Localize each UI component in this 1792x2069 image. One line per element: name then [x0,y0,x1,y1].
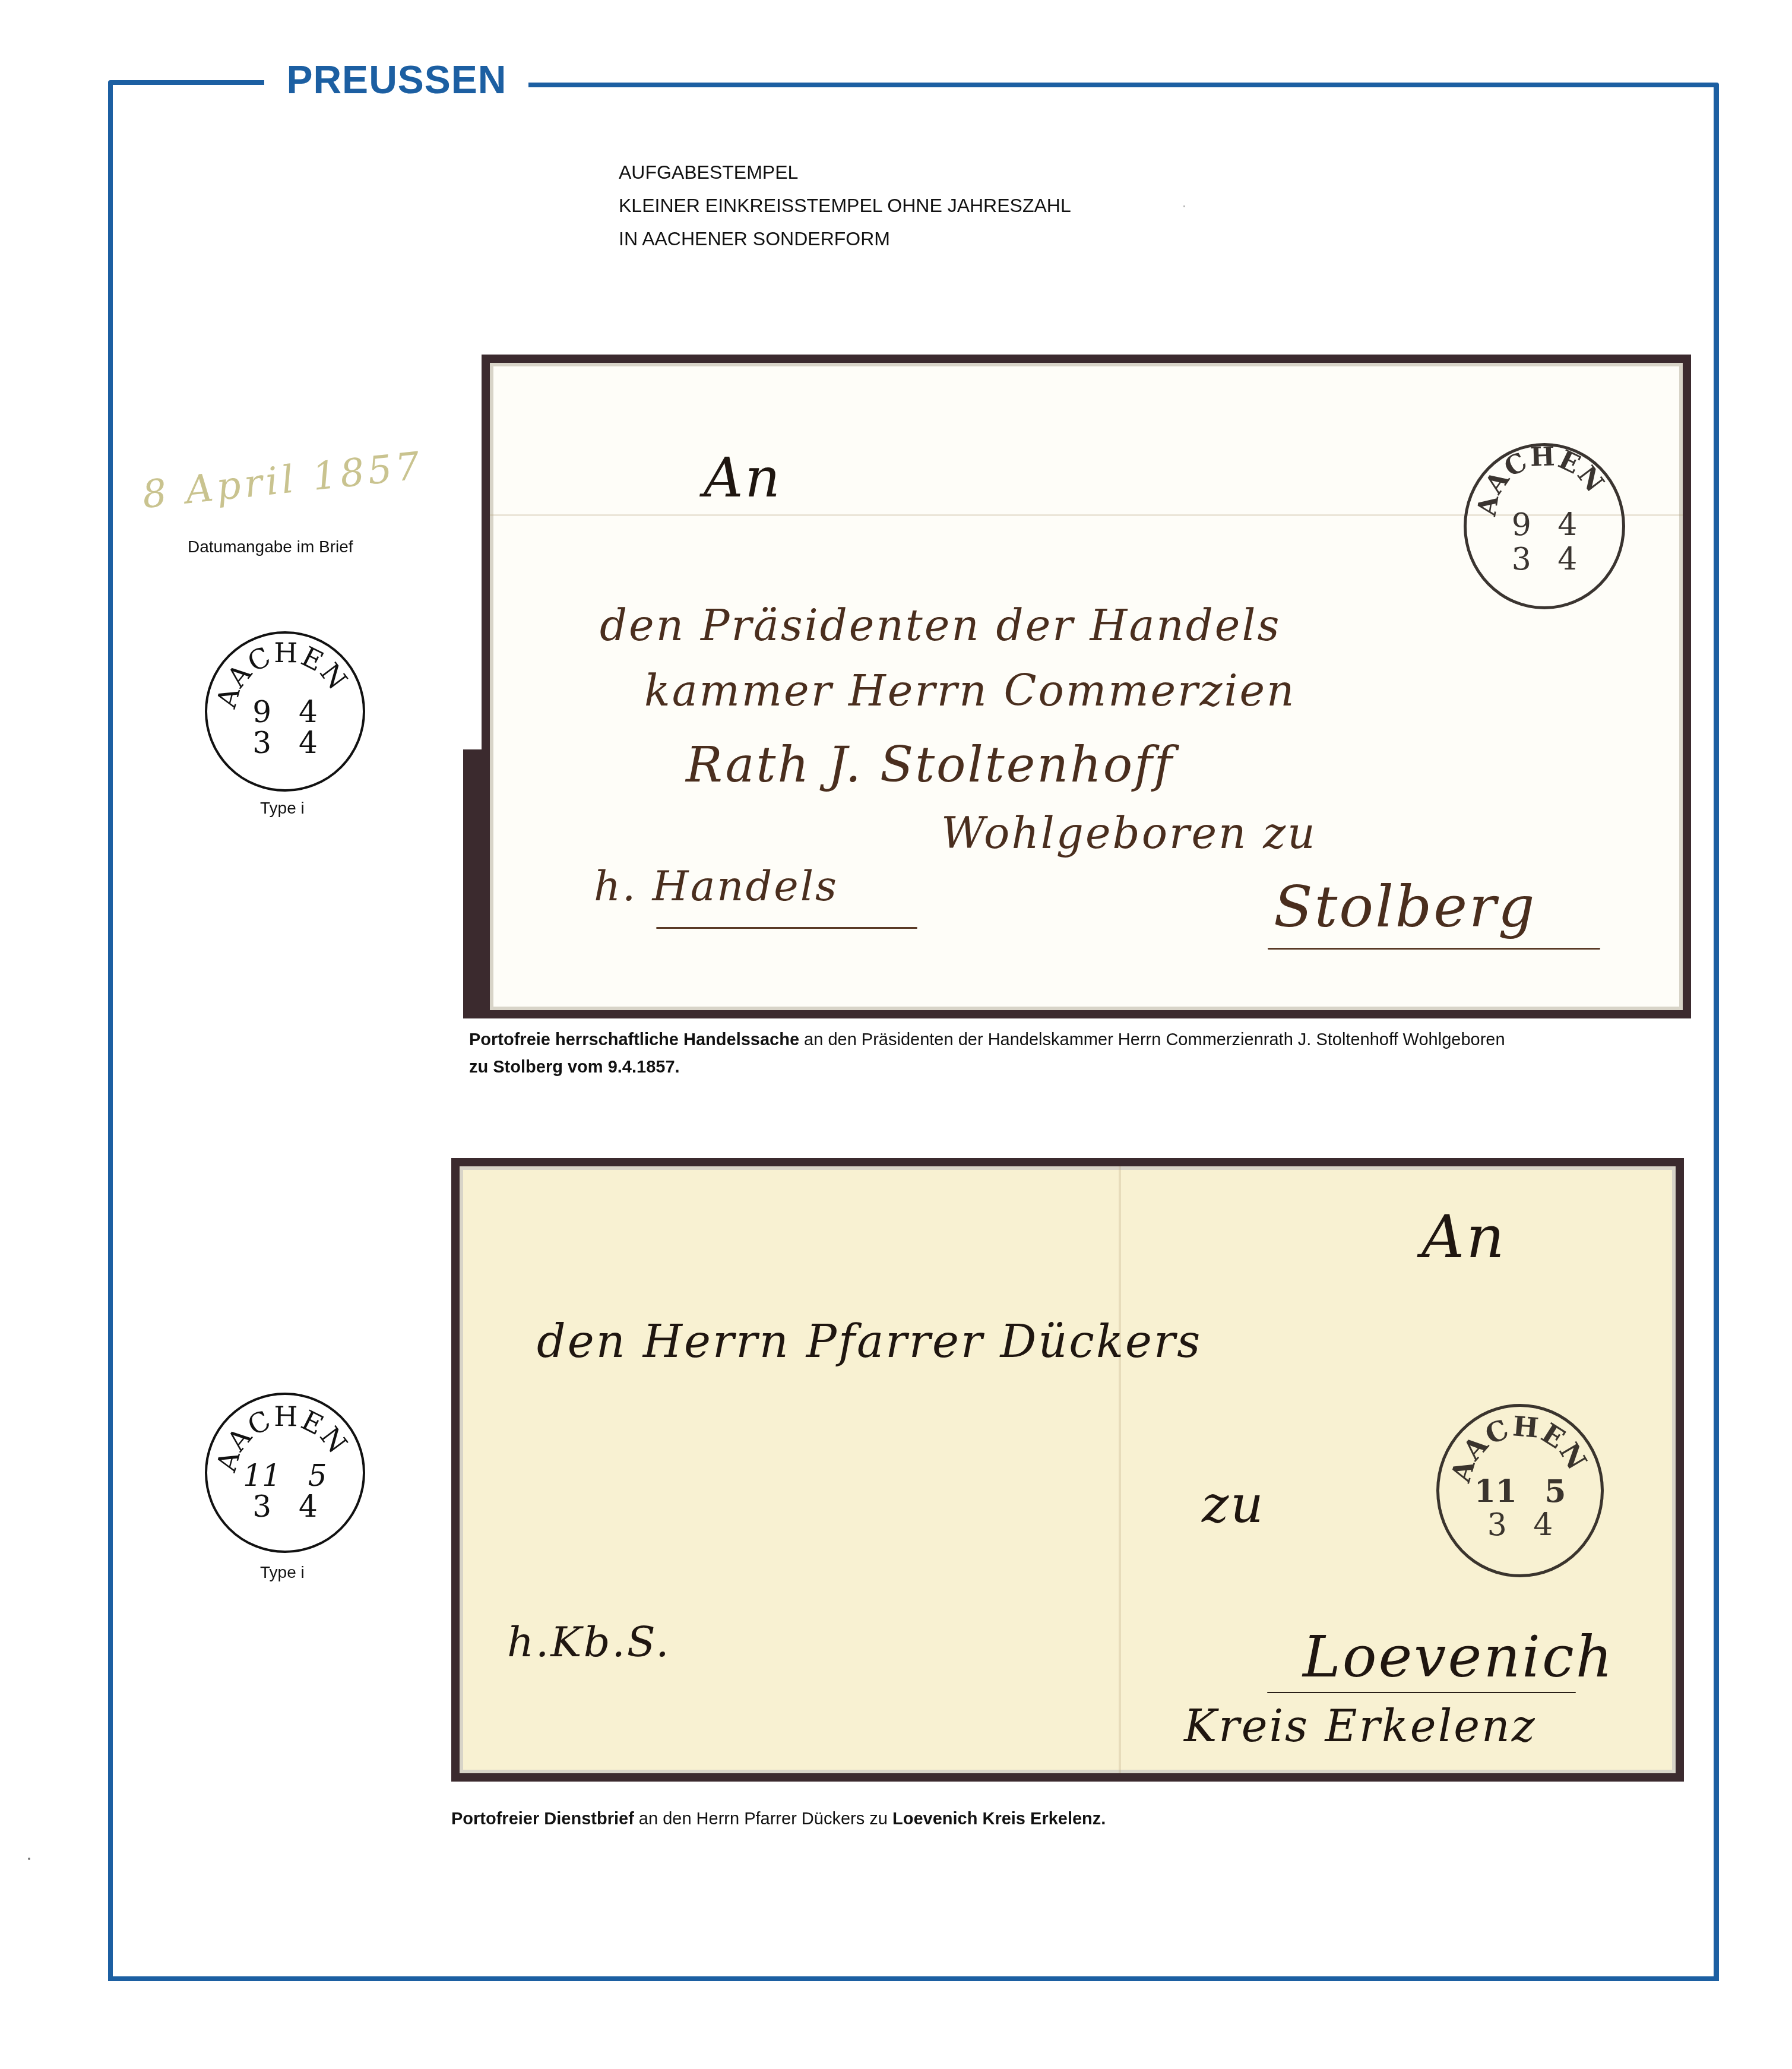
address-underline [1267,1692,1576,1693]
caption-bold: Loevenich Kreis Erkelenz. [892,1809,1106,1828]
letter-1-postmark: AACHEN 9 4 3 4 [1464,443,1625,609]
postmark-date-line: 9 4 [1467,507,1622,543]
postmark-time-line: 3 4 [1467,541,1622,578]
address-line: den Herrn Pfarrer Dückers [537,1315,1202,1368]
letter-2-image: AACHEN 11 5 3 4 An den Herrn Pfarrer Düc… [451,1158,1684,1782]
address-line: Kreis Erkelenz [1184,1701,1537,1752]
scan-speck [1183,205,1185,207]
reference-postmark-1: AACHEN 9 4 3 4 [205,631,365,792]
address-line: Rath J. Stoltenhoff [686,737,1174,793]
note-underline [656,927,917,929]
caption-bold: zu Stolberg vom 9.4.1857. [469,1058,680,1077]
caption-bold: Portofreier Dienstbrief [451,1809,634,1828]
stamp-time-line: 3 4 [207,1490,363,1523]
postmark-date-line: 11 5 [1439,1473,1601,1510]
stamp-time-line: 3 4 [207,726,363,760]
frame-bottom-line [108,1976,1718,1981]
caption-text: an den Präsidenten der Handelskammer Her… [799,1030,1505,1049]
subtitle-line: KLEINER EINKREISSTEMPEL OHNE JAHRESZAHL [619,189,1071,222]
date-label: Datumangabe im Brief [188,537,353,556]
subtitle-line: AUFGABESTEMPEL [619,156,1071,189]
letter-1-image: AACHEN 9 4 3 4 An den Präsidenten der Ha… [482,355,1691,1018]
frame-right-line [1714,83,1719,1981]
scan-speck [28,1858,30,1860]
stamp-date-line: 9 4 [207,695,363,729]
letter-2-postmark: AACHEN 11 5 3 4 [1436,1404,1604,1577]
letter-note: h. Handels [594,862,838,910]
caption-text: an den Herrn Pfarrer Dückers zu [634,1809,892,1828]
address-line: zu [1202,1475,1265,1535]
address-line: Wohlgeboren zu [941,808,1317,858]
stamp-date-line: 11 5 [207,1459,363,1492]
letter-1-caption: Portofreie herrschaftliche Handelssache … [469,1026,1710,1081]
address-underline [1268,948,1600,950]
address-line: An [1421,1202,1506,1271]
page-title: PREUSSEN [284,56,509,103]
address-line: kammer Herrn Commerzien [644,666,1296,716]
subtitle-line: IN AACHENER SONDERFORM [619,222,1071,255]
page-subtitle: AUFGABESTEMPEL KLEINER EINKREISSTEMPEL O… [619,156,1071,255]
address-line: An [704,446,782,510]
stamp-type-label: Type i [260,799,305,818]
reference-postmark-2: AACHEN 11 5 3 4 [205,1393,365,1553]
letter-2-caption: Portofreier Dienstbrief an den Herrn Pfa… [451,1805,1692,1833]
postmark-time-line: 3 4 [1439,1507,1601,1543]
address-line: Stolberg [1274,874,1536,940]
frame-top-right-line [528,83,1719,87]
handwritten-date: 8 April 1857 [140,441,454,533]
caption-bold: Portofreie herrschaftliche Handelssache [469,1030,799,1049]
stamp-type-label: Type i [260,1563,305,1582]
frame-left-line [108,81,113,1981]
address-line: Loevenich [1303,1624,1614,1690]
letter-note: h.Kb.S. [507,1618,670,1666]
fold-line [1119,1166,1121,1773]
address-line: den Präsidenten der Handels [600,600,1281,650]
frame-top-left-line [108,80,264,85]
